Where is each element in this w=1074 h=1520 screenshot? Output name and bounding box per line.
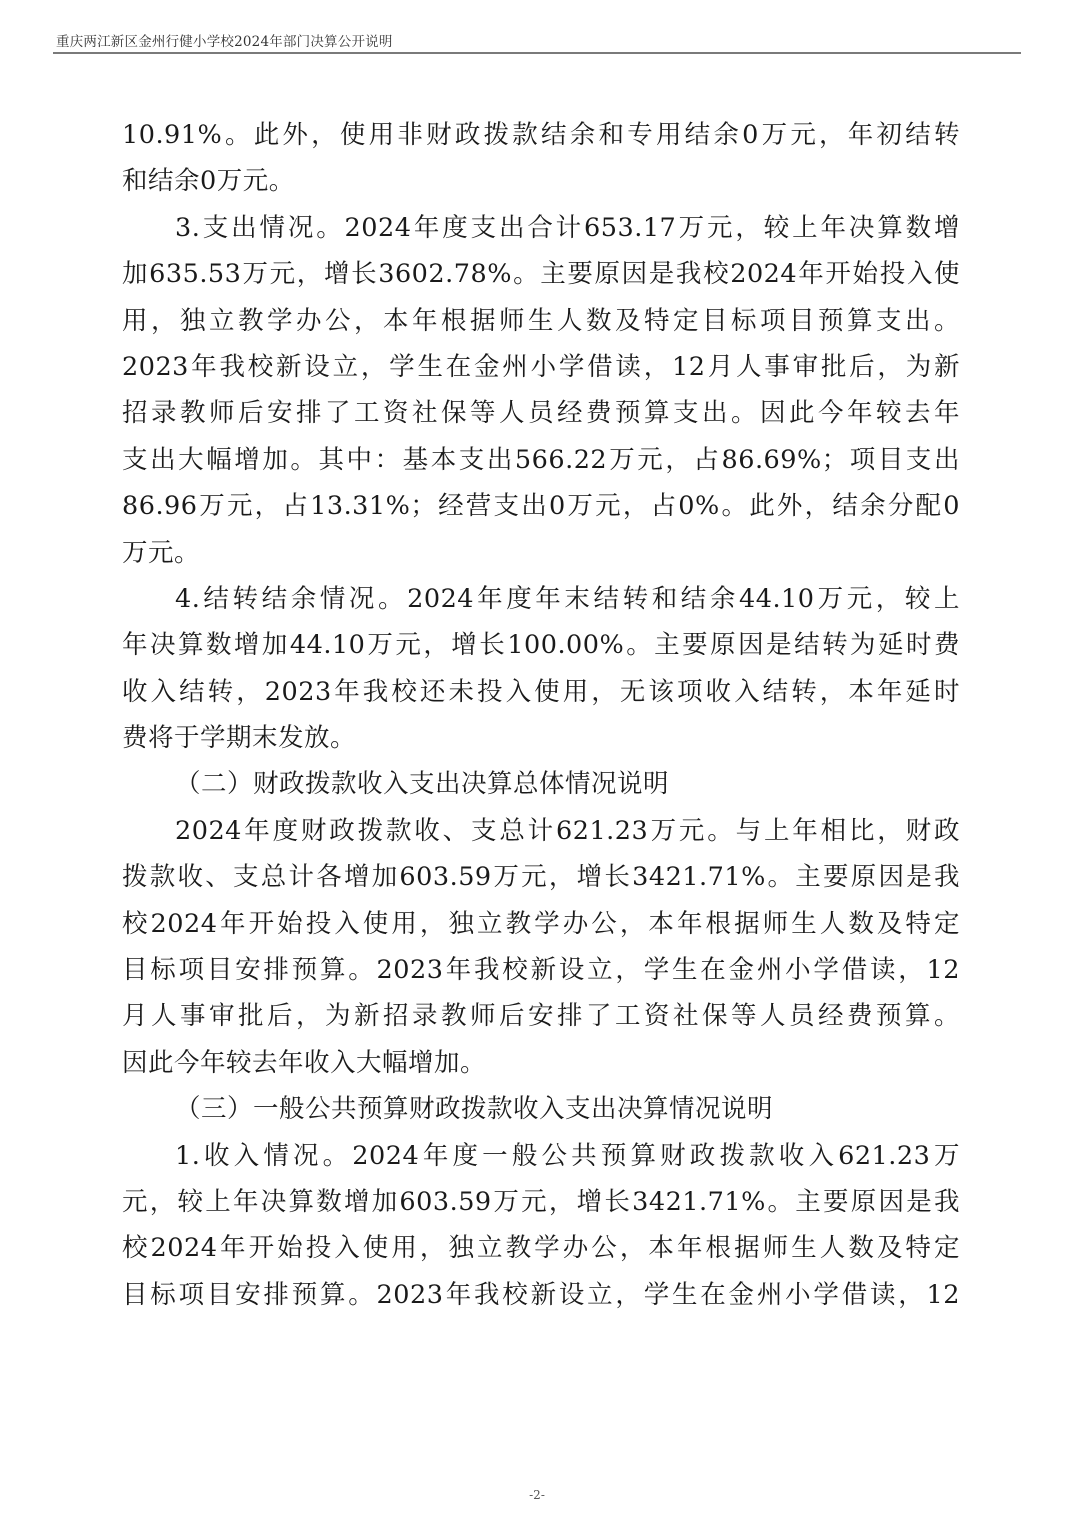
text-line: 元，较上年决算数增加603.59万元，增长3421.71%。主要原因是我 [122,1179,960,1225]
text-line: 86.96万元，占13.31%；经营支出0万元，占0%。此外，结余分配0 [122,483,960,529]
text-line: 目标项目安排预算。2023年我校新设立，学生在金州小学借读，12 [122,1272,960,1318]
header-divider [53,52,1021,54]
text-line: 因此今年较去年收入大幅增加。 [122,1040,960,1086]
text-line: 年决算数增加44.10万元，增长100.00%。主要原因是结转为延时费 [122,622,960,668]
text-line: 拨款收、支总计各增加603.59万元，增长3421.71%。主要原因是我 [122,854,960,900]
text-line: 用，独立教学办公，本年根据师生人数及特定目标项目预算支出。 [122,298,960,344]
text-line: 2024年度财政拨款收、支总计621.23万元。与上年相比，财政 [122,808,960,854]
text-line: 3.支出情况。2024年度支出合计653.17万元，较上年决算数增 [122,205,960,251]
text-line: 招录教师后安排了工资社保等人员经费预算支出。因此今年较去年 [122,390,960,436]
section-heading: （二）财政拨款收入支出决算总体情况说明 [122,761,960,807]
text-line: 加635.53万元，增长3602.78%。主要原因是我校2024年开始投入使 [122,251,960,297]
text-line: 支出大幅增加。其中：基本支出566.22万元，占86.69%；项目支出 [122,437,960,483]
text-line: 1.收入情况。2024年度一般公共预算财政拨款收入621.23万 [122,1133,960,1179]
text-line: 校2024年开始投入使用，独立教学办公，本年根据师生人数及特定 [122,901,960,947]
text-line: 校2024年开始投入使用，独立教学办公，本年根据师生人数及特定 [122,1225,960,1271]
text-line: 费将于学期末发放。 [122,715,960,761]
text-line: 4.结转结余情况。2024年度年末结转和结余44.10万元，较上 [122,576,960,622]
text-line: 目标项目安排预算。2023年我校新设立，学生在金州小学借读，12 [122,947,960,993]
running-header: 重庆两江新区金州行健小学校2024年部门决算公开说明 [56,30,393,50]
text-line: 万元。 [122,530,960,576]
text-line: 2023年我校新设立，学生在金州小学借读，12月人事审批后，为新 [122,344,960,390]
text-line: 收入结转，2023年我校还未投入使用，无该项收入结转，本年延时 [122,669,960,715]
text-line: 和结余0万元。 [122,158,960,204]
page-number: -2- [0,1488,1074,1502]
document-body: 10.91%。此外，使用非财政拨款结余和专用结余0万元，年初结转和结余0万元。3… [122,112,960,1318]
text-line: 月人事审批后，为新招录教师后安排了工资社保等人员经费预算。 [122,993,960,1039]
text-line: 10.91%。此外，使用非财政拨款结余和专用结余0万元，年初结转 [122,112,960,158]
section-heading: （三）一般公共预算财政拨款收入支出决算情况说明 [122,1086,960,1132]
